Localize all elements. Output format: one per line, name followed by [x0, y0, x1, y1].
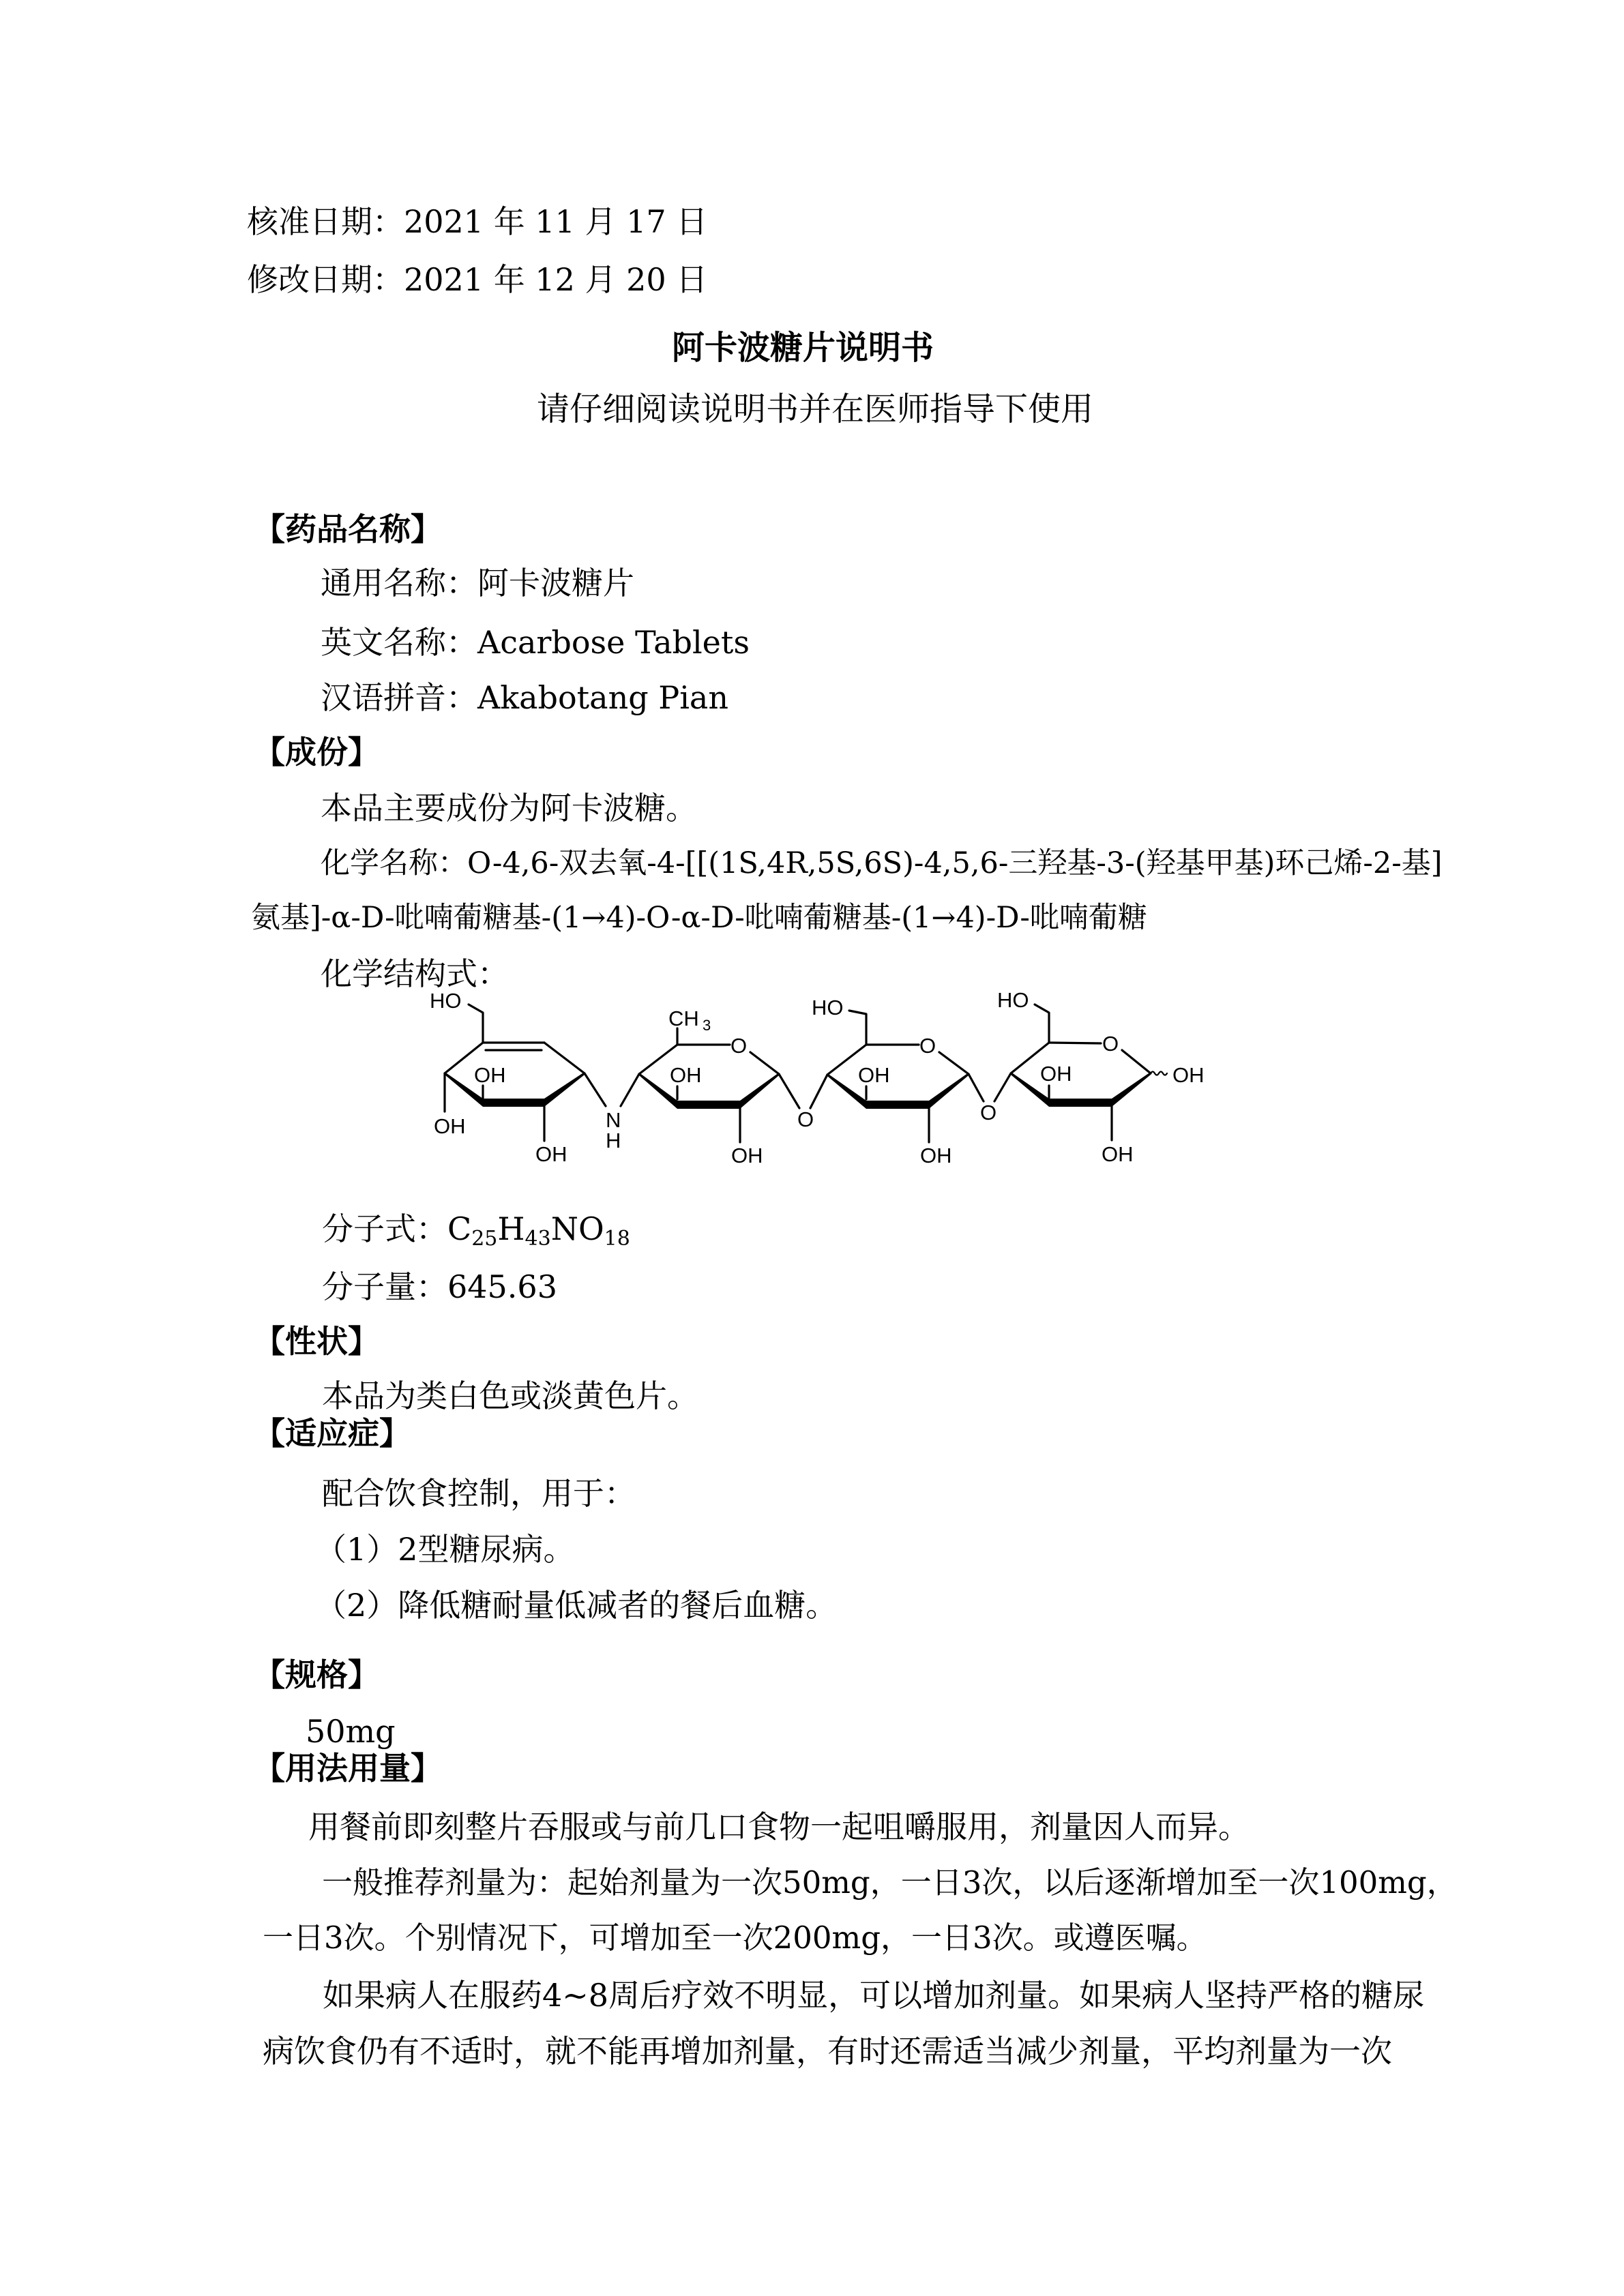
- formula-no: NO: [551, 1210, 604, 1247]
- label-ring-o: O: [730, 1034, 747, 1058]
- description-text: 本品为类白色或淡黄色片。: [322, 1378, 698, 1414]
- label-oh: OH: [474, 1063, 506, 1087]
- dosage-paragraph-3-line-1: 如果病人在服药4~8周后疗效不明显，可以增加剂量。如果病人坚持严格的糖尿: [323, 1978, 1424, 2013]
- label-ch: CH: [668, 1007, 699, 1030]
- chemical-structure-diagram: HO OH OH OH N H CH3 O OH OH O HO O OH OH…: [0, 0, 1624, 1227]
- label-ho: HO: [430, 989, 462, 1013]
- label-ring-o: O: [919, 1034, 936, 1058]
- dosage-paragraph-2-line-1: 一般推荐剂量为：起始剂量为一次50mg，一日3次，以后逐渐增加至一次100mg，: [322, 1865, 1458, 1900]
- indication-item-2: （2）降低糖耐量低减者的餐后血糖。: [315, 1587, 837, 1623]
- indication-item-1: （1）2型糖尿病。: [315, 1532, 575, 1567]
- formula-o-count: 18: [604, 1227, 630, 1251]
- label-ring-o: O: [1102, 1032, 1119, 1056]
- molecular-formula-line: 分子式：C25H43NO18: [322, 1211, 630, 1247]
- mw-label: 分子量：: [322, 1268, 447, 1305]
- section-heading-indications: 【适应症】: [254, 1416, 411, 1451]
- formula-h-count: 43: [525, 1227, 551, 1251]
- label-ho: HO: [997, 988, 1029, 1012]
- label-oh: OH: [1040, 1062, 1072, 1086]
- label-oh: OH: [535, 1142, 567, 1166]
- indications-intro: 配合饮食控制，用于：: [322, 1476, 636, 1511]
- section-heading-description: 【性状】: [254, 1324, 379, 1359]
- label-ch3-subscript: 3: [703, 1017, 711, 1034]
- label-oh: OH: [1172, 1063, 1205, 1087]
- label-h: H: [606, 1129, 621, 1152]
- mw-value: 645.63: [447, 1268, 557, 1305]
- label-oh: OH: [731, 1144, 763, 1167]
- label-oh: OH: [1102, 1142, 1134, 1166]
- label-oh: OH: [920, 1144, 952, 1167]
- specification-value: 50mg: [306, 1714, 396, 1749]
- formula-c-count: 25: [471, 1227, 497, 1251]
- dosage-paragraph-2-line-2: 一日3次。个别情况下，可增加至一次200mg，一日3次。或遵医嘱。: [263, 1920, 1207, 1956]
- label-glycosidic-o: O: [980, 1101, 996, 1124]
- section-heading-specification: 【规格】: [254, 1657, 379, 1693]
- label-oh: OH: [858, 1063, 890, 1087]
- label-ho: HO: [812, 996, 844, 1019]
- molecular-weight-line: 分子量：645.63: [322, 1269, 557, 1304]
- formula-h: H: [497, 1210, 525, 1247]
- formula-c: C: [447, 1210, 471, 1247]
- dosage-paragraph-3-line-2: 病饮食仍有不适时，就不能再增加剂量，有时还需适当减少剂量，平均剂量为一次: [263, 2033, 1392, 2069]
- label-oh: OH: [670, 1063, 702, 1087]
- section-heading-dosage: 【用法用量】: [254, 1750, 442, 1786]
- label-glycosidic-o: O: [797, 1107, 814, 1131]
- dosage-paragraph-1: 用餐前即刻整片吞服或与前几口食物一起咀嚼服用，剂量因人而异。: [308, 1809, 1250, 1845]
- formula-label: 分子式：: [322, 1210, 447, 1247]
- label-oh: OH: [434, 1114, 466, 1138]
